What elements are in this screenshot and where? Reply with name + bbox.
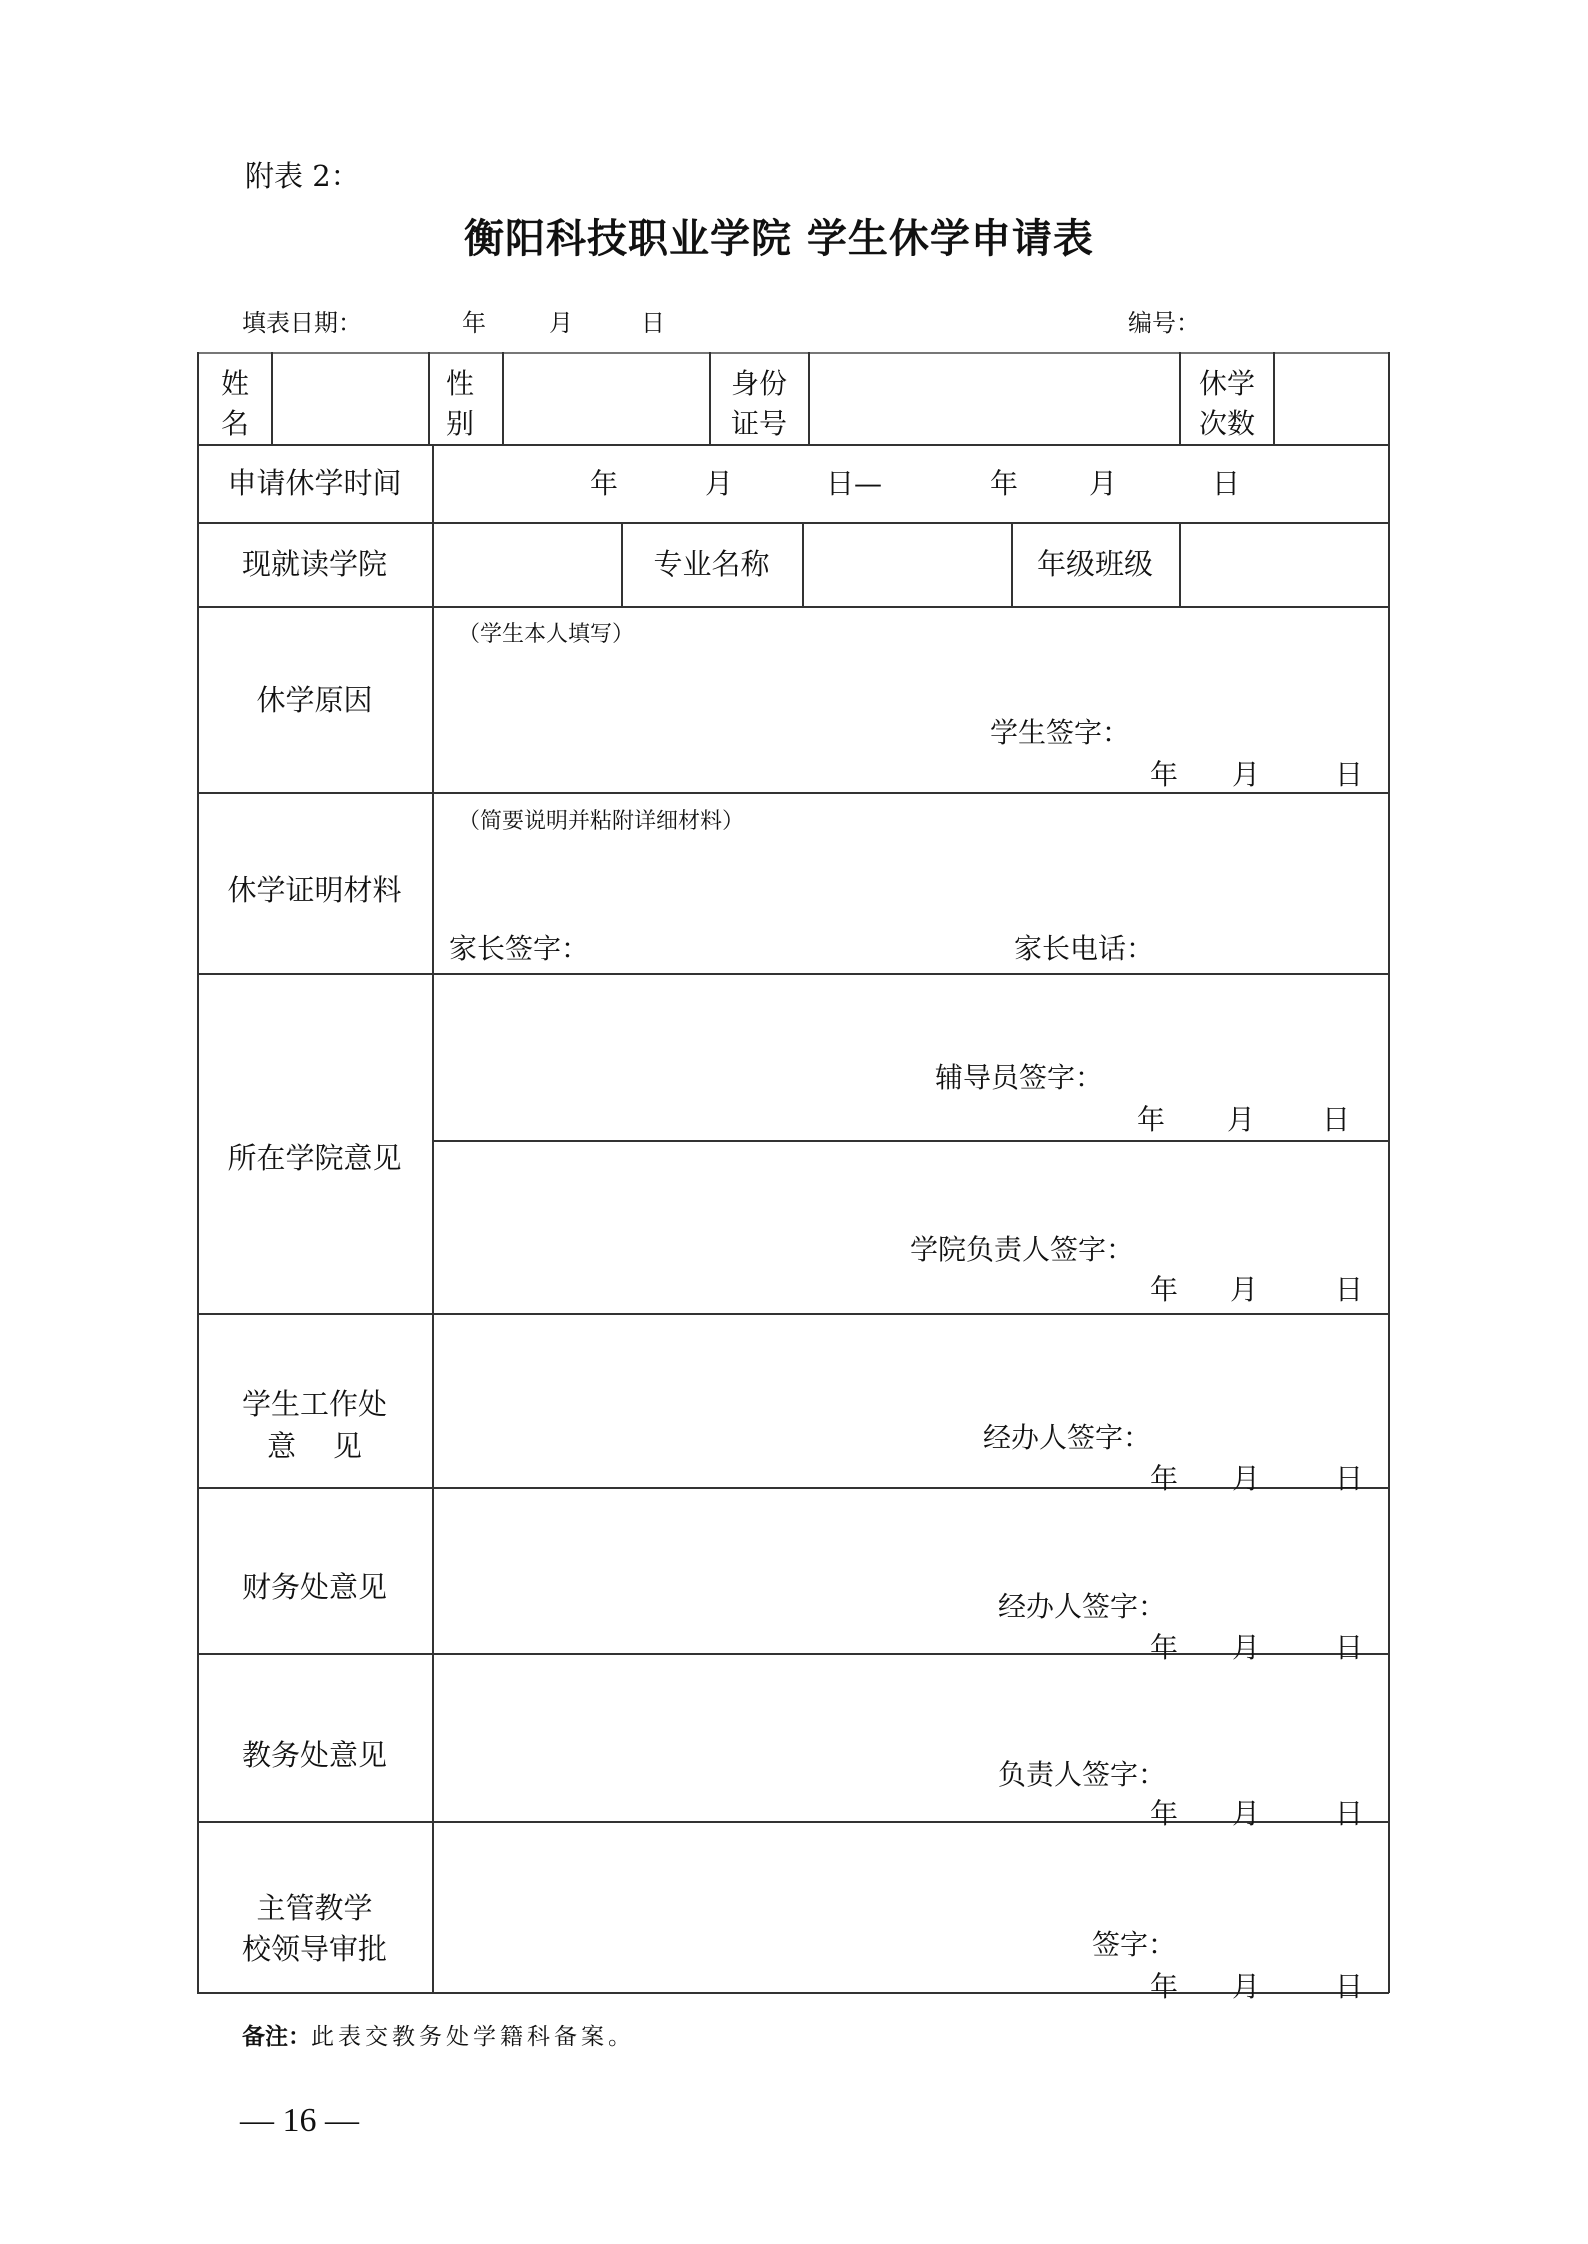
student-affairs-opinion-field[interactable] [434, 1315, 1387, 1486]
leader-approval-label: 主管教学 校领导审批 [197, 1894, 432, 1964]
count-label-line: 休学 [1199, 370, 1255, 398]
leader-approval-field[interactable] [434, 1823, 1387, 1991]
from-day: 日— [826, 470, 882, 498]
id-label-line: 身份 [731, 370, 787, 398]
gender-label: 性 别 [446, 370, 474, 438]
gender-label-line: 性 [446, 370, 474, 398]
college-field[interactable] [434, 524, 620, 605]
counselor-signature-label: 辅导员签字： [935, 1064, 1103, 1092]
fill-date-label: 填表日期： [242, 311, 362, 335]
college-head-signature-label: 学院负责人签字： [910, 1236, 1134, 1264]
reason-date-year: 年 [1150, 761, 1178, 789]
college-label: 现就读学院 [197, 550, 432, 579]
fill-date-day: 日 [641, 311, 665, 335]
student-affairs-label-line: 意 见 [197, 1432, 432, 1461]
reason-note: （学生本人填写） [458, 624, 634, 646]
leader-signature-label: 签字： [1092, 1931, 1176, 1959]
suspension-count-label: 休学 次数 [1199, 370, 1255, 438]
leader-date-month: 月 [1232, 1973, 1260, 2001]
student-signature-label: 学生签字： [990, 719, 1130, 747]
remark: 备注：此表交教务处学籍科备案。 [242, 2026, 635, 2049]
suspension-count-field[interactable] [1275, 354, 1387, 443]
attachment-label: 附表 2： [245, 162, 360, 191]
fill-date-month: 月 [549, 311, 573, 335]
finance-signature-label: 经办人签字： [998, 1593, 1166, 1621]
finance-opinion-field[interactable] [434, 1489, 1387, 1652]
id-number-field[interactable] [810, 354, 1178, 443]
col-divider [1179, 352, 1181, 444]
serial-number-label: 编号： [1128, 311, 1200, 335]
parent-phone-label: 家长电话： [1014, 935, 1154, 963]
table-border-bottom [197, 1992, 1389, 1994]
to-day: 日 [1212, 470, 1240, 498]
class-field[interactable] [1181, 524, 1387, 605]
count-label-line: 次数 [1199, 410, 1255, 438]
col-divider [428, 352, 430, 444]
class-label: 年级班级 [1011, 550, 1179, 579]
to-year: 年 [990, 470, 1018, 498]
page-title: 衡阳科技职业学院 学生休学申请表 [464, 219, 1094, 259]
proof-label: 休学证明材料 [197, 876, 432, 905]
counselor-date-year: 年 [1137, 1106, 1165, 1134]
remark-text: 此表交教务处学籍科备案。 [311, 2024, 635, 2050]
table-border-right [1388, 352, 1390, 1993]
reason-date-day: 日 [1335, 761, 1363, 789]
college-head-date-month: 月 [1230, 1276, 1258, 1304]
suspension-period-label: 申请休学时间 [197, 469, 432, 498]
remark-label: 备注： [242, 2024, 311, 2050]
page-number: — 16 — [240, 2104, 359, 2138]
college-head-date-year: 年 [1150, 1276, 1178, 1304]
row-divider [197, 444, 1389, 446]
academic-affairs-signature-label: 负责人签字： [998, 1761, 1166, 1789]
from-year: 年 [590, 470, 618, 498]
gender-field[interactable] [504, 354, 708, 443]
reason-date-month: 月 [1232, 761, 1260, 789]
academic-affairs-label: 教务处意见 [197, 1741, 432, 1770]
name-label-line: 姓 [221, 370, 249, 398]
counselor-date-month: 月 [1227, 1106, 1255, 1134]
id-label-line: 证号 [731, 410, 787, 438]
proof-note: （简要说明并粘附详细材料） [458, 811, 744, 833]
college-head-date-day: 日 [1335, 1276, 1363, 1304]
leader-date-day: 日 [1335, 1973, 1363, 2001]
student-affairs-label-line: 学生工作处 [197, 1390, 432, 1419]
major-label: 专业名称 [621, 550, 802, 579]
student-affairs-signature-label: 经办人签字： [983, 1424, 1151, 1452]
gender-label-line: 别 [446, 410, 474, 438]
col-divider [709, 352, 711, 444]
leader-date-year: 年 [1150, 1973, 1178, 2001]
finance-label: 财务处意见 [197, 1573, 432, 1602]
name-label-line: 名 [221, 410, 249, 438]
col-divider [432, 444, 434, 522]
counselor-date-day: 日 [1322, 1106, 1350, 1134]
student-affairs-label: 学生工作处 意 见 [197, 1390, 432, 1461]
from-month: 月 [705, 470, 733, 498]
reason-label: 休学原因 [197, 686, 432, 715]
to-month: 月 [1089, 470, 1117, 498]
fill-date-year: 年 [462, 311, 486, 335]
leader-approval-label-line: 主管教学 [197, 1894, 432, 1923]
college-opinion-label: 所在学院意见 [197, 1144, 432, 1173]
name-field[interactable] [273, 354, 427, 443]
name-label: 姓 名 [221, 370, 249, 438]
major-field[interactable] [804, 524, 1010, 605]
id-number-label: 身份 证号 [731, 370, 787, 438]
leader-approval-label-line: 校领导审批 [197, 1935, 432, 1964]
academic-affairs-opinion-field[interactable] [434, 1655, 1387, 1820]
parent-signature-label: 家长签字： [449, 935, 589, 963]
